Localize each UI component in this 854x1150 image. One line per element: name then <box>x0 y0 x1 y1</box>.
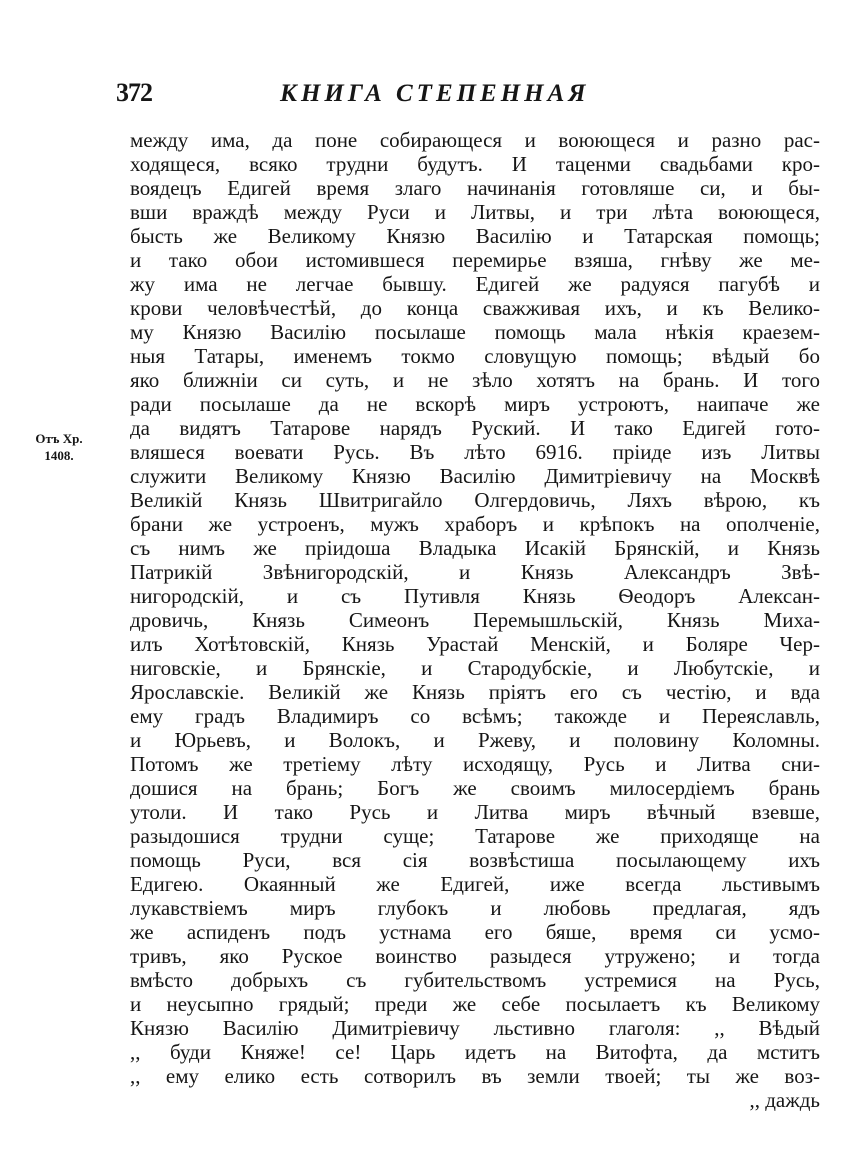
text-line: и Юрьевъ, и Волокъ, и Ржеву, и половину … <box>130 728 820 752</box>
text-line: и тако обои истомившеся перемирье взяша,… <box>130 248 820 272</box>
page-number: 372 <box>116 78 152 108</box>
text-line: ниговскіе, и Брянскіе, и Стародубскіе, и… <box>130 656 820 680</box>
text-line: жу има не легчае бывшу. Едигей же радуяс… <box>130 272 820 296</box>
text-line: между има, да поне собирающеся и воюющес… <box>130 128 820 152</box>
text-line: ,, ему елико есть сотворилъ въ земли тво… <box>130 1064 820 1088</box>
margin-note-era: Отъ Хр. <box>26 430 92 447</box>
text-line: да видятъ Татарове нарядъ Руский. И тако… <box>130 416 820 440</box>
text-line: служити Великому Князю Василію Димитріев… <box>130 464 820 488</box>
running-title: КНИГА СТЕПЕННАЯ <box>280 80 590 108</box>
text-line: Князю Василію Димитріевичу льстивно глаг… <box>130 1016 820 1040</box>
text-line: Ярославскіе. Великій же Князь пріятъ его… <box>130 680 820 704</box>
text-line: бысть же Великому Князю Василію и Татарс… <box>130 224 820 248</box>
text-line: Патрикій Звѣнигородскій, и Князь Алексан… <box>130 560 820 584</box>
text-line: Едигею. Окаянный же Едигей, иже всегда л… <box>130 872 820 896</box>
text-line: воядецъ Едигей время злаго начинанія гот… <box>130 176 820 200</box>
text-line: Великій Князь Швитригайло Олгердовичь, Л… <box>130 488 820 512</box>
text-line: же аспиденъ подъ устнама его бяше, время… <box>130 920 820 944</box>
text-line: ,, буди Княже! се! Царь идетъ на Витофта… <box>130 1040 820 1064</box>
catchword: ,, даждь <box>130 1088 820 1112</box>
text-line: Потомъ же третіему лѣту исходящу, Русь и… <box>130 752 820 776</box>
body-text: между има, да поне собирающеся и воюющес… <box>130 128 820 1112</box>
text-line: крови человѣчестѣй, до конца сважживая и… <box>130 296 820 320</box>
text-line: вмѣсто добрыхъ съ губительствомъ устреми… <box>130 968 820 992</box>
text-line: лукавствіемъ миръ глубокъ и любовь предл… <box>130 896 820 920</box>
text-line: тривъ, яко Руское воинство разыдеся утру… <box>130 944 820 968</box>
text-line: дошися на брань; Богъ же своимъ милосерд… <box>130 776 820 800</box>
text-line: съ нимъ же пріидоша Владыка Исакій Брянс… <box>130 536 820 560</box>
text-line: ему градъ Владимиръ со всѣмъ; такожде и … <box>130 704 820 728</box>
text-line: и неусыпно грядый; преди же себе посылае… <box>130 992 820 1016</box>
text-line: му Князю Василію посылаше помощь мала нѣ… <box>130 320 820 344</box>
text-line: ходящеся, всяко трудни будутъ. И таценми… <box>130 152 820 176</box>
text-line: илъ Хотѣтовскій, Князь Урастай Менскій, … <box>130 632 820 656</box>
text-line: брани же устроенъ, мужъ храборъ и крѣпок… <box>130 512 820 536</box>
text-line: дровичь, Князь Симеонъ Перемышльскій, Кн… <box>130 608 820 632</box>
margin-note-year: 1408. <box>26 447 92 464</box>
text-line: вши враждѣ между Руси и Литвы, и три лѣт… <box>130 200 820 224</box>
text-line: яко ближніи си суть, и не зѣло хотятъ на… <box>130 368 820 392</box>
text-line: разыдошися трудни суще; Татарове же прих… <box>130 824 820 848</box>
text-line: помощь Руси, вся сія возвѣстиша посылающ… <box>130 848 820 872</box>
text-line: нигородскій, и съ Путивля Князь Ѳеодоръ … <box>130 584 820 608</box>
text-line: утоли. И тако Русь и Литва миръ вѣчный в… <box>130 800 820 824</box>
text-line: вляшеся воевати Русь. Въ лѣто 6916. пріи… <box>130 440 820 464</box>
margin-note-date: Отъ Хр. 1408. <box>26 430 92 464</box>
text-line: ради посылаше да не вскорѣ миръ устроютъ… <box>130 392 820 416</box>
text-line: ныя Татары, именемъ токмо словущую помощ… <box>130 344 820 368</box>
